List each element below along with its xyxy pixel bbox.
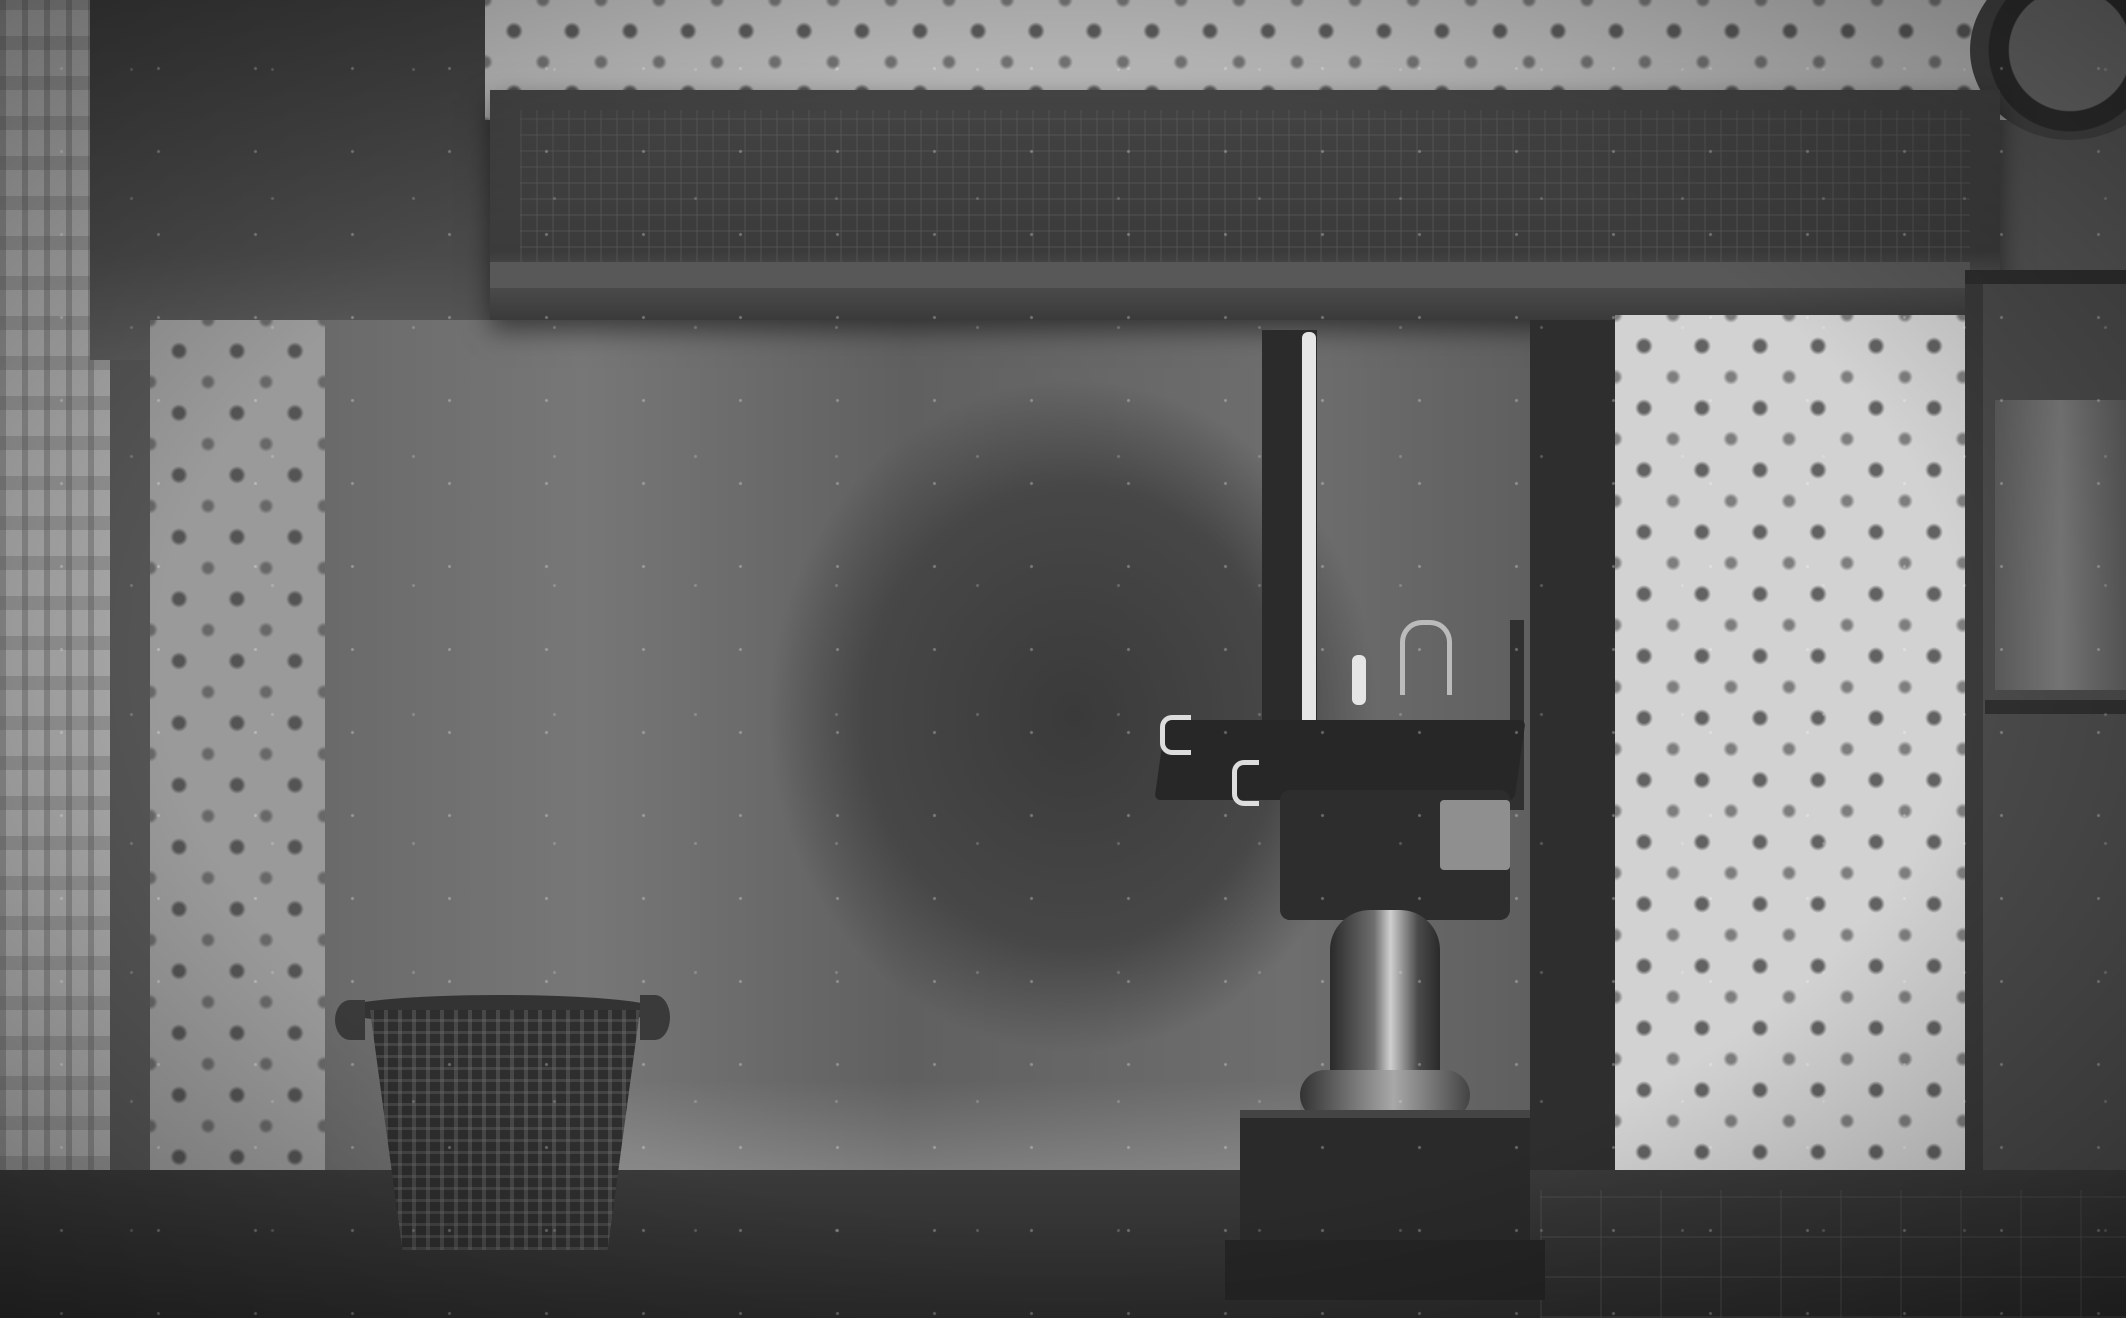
vignette bbox=[0, 0, 2126, 1318]
photograph bbox=[0, 0, 2126, 1318]
